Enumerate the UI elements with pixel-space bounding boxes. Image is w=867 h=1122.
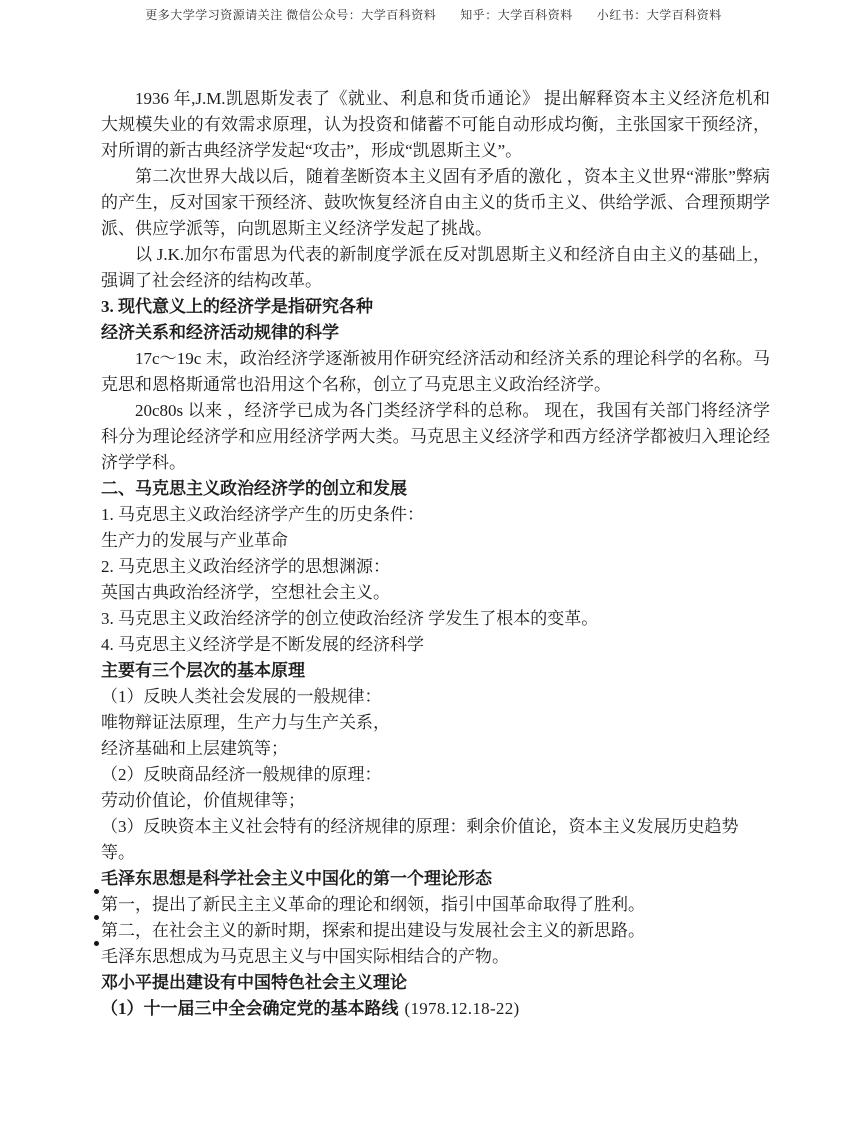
principle-item-1: （1）反映人类社会发展的一般规律： bbox=[101, 684, 770, 710]
paragraph-postwar-schools: 第二次世界大战以后，随着垄断资本主义固有矛盾的激化 ，资本主义世界“滞胀”弊病的… bbox=[101, 164, 770, 242]
heading-marxist-political-economy: 二、马克思主义政治经济学的创立和发展 bbox=[101, 476, 770, 502]
bullet-text-first: 第一，提出了新民主主义革命的理论和纲领，指引中国革命取得了胜利。 bbox=[101, 895, 645, 914]
heading-deng-theory: 邓小平提出建设有中国特色社会主义理论 bbox=[101, 970, 770, 996]
bullet-text-second: 第二，在社会主义的新时期，探索和提出建设与发展社会主义的新思路。 bbox=[101, 921, 645, 940]
promo-header-xiaohongshu: 小红书：大学百科资料 bbox=[597, 6, 722, 23]
basic-line-date: (1978.12.18-22) bbox=[405, 999, 520, 1018]
list-item-fundamental-change: 3. 马克思主义政治经济学的创立使政治经济 学发生了根本的变革。 bbox=[101, 606, 770, 632]
heading-mao-thought: 毛泽东思想是科学社会主义中国化的第一个理论形态 bbox=[101, 866, 770, 892]
sub-line-productivity: 生产力的发展与产业革命 bbox=[101, 528, 770, 554]
promo-header-zhihu: 知乎：大学百科资料 bbox=[460, 6, 573, 23]
paragraph-galbraith: 以 J.K.加尔布雷思为代表的新制度学派在反对凯恩斯主义和经济自由主义的基础上，… bbox=[101, 242, 770, 294]
list-item-basic-line: （1）十一届三中全会确定党的基本路线(1978.12.18-22) bbox=[101, 996, 770, 1022]
document-page: 更多大学学习资源请关注 微信公众号：大学百科资料 知乎：大学百科资料 小红书：大… bbox=[0, 0, 867, 1122]
bullet-dot bbox=[94, 941, 99, 946]
paragraph-17c-19c: 17c～19c 末，政治经济学逐渐被用作研究经济活动和经济关系的理论科学的名称。… bbox=[101, 346, 770, 398]
bullet-dot bbox=[94, 915, 99, 920]
list-item-developing-science: 4. 马克思主义经济学是不断发展的经济科学 bbox=[101, 632, 770, 658]
heading-modern-economics-line2: 经济关系和经济活动规律的科学 bbox=[101, 320, 770, 346]
principle-item-3: （3）反映资本主义社会特有的经济规律的原理：剩余价值论，资本主义发展历史趋势等。 bbox=[101, 814, 770, 866]
bullet-item-second: 第二，在社会主义的新时期，探索和提出建设与发展社会主义的新思路。 bbox=[101, 918, 770, 944]
heading-three-levels-principles: 主要有三个层次的基本原理 bbox=[101, 658, 770, 684]
list-item-ideological-origins: 2. 马克思主义政治经济学的思想渊源： bbox=[101, 554, 770, 580]
bullet-dot bbox=[94, 889, 99, 894]
principle-1-detail-line2: 经济基础和上层建筑等； bbox=[101, 736, 770, 762]
bullet-item-first: 第一，提出了新民主主义革命的理论和纲领，指引中国革命取得了胜利。 bbox=[101, 892, 770, 918]
sub-line-classical-economics: 英国古典政治经济学，空想社会主义。 bbox=[101, 580, 770, 606]
principle-1-detail-line1: 唯物辩证法原理，生产力与生产关系， bbox=[101, 710, 770, 736]
bullet-item-product: 毛泽东思想成为马克思主义与中国实际相结合的产物。 bbox=[101, 944, 770, 970]
principle-2-detail: 劳动价值论，价值规律等； bbox=[101, 788, 770, 814]
paragraph-20c80s: 20c80s 以来 ，经济学已成为各门类经济学科的总称。 现在，我国有关部门将经… bbox=[101, 398, 770, 476]
principle-item-2: （2）反映商品经济一般规律的原理： bbox=[101, 762, 770, 788]
list-item-historical-conditions: 1. 马克思主义政治经济学产生的历史条件： bbox=[101, 502, 770, 528]
document-body: 1936 年,J.M.凯恩斯发表了《就业、利息和货币通论》 提出解释资本主义经济… bbox=[101, 86, 770, 1022]
promo-header: 更多大学学习资源请关注 微信公众号：大学百科资料 知乎：大学百科资料 小红书：大… bbox=[0, 6, 867, 23]
paragraph-keynes: 1936 年,J.M.凯恩斯发表了《就业、利息和货币通论》 提出解释资本主义经济… bbox=[101, 86, 770, 164]
basic-line-title: （1）十一届三中全会确定党的基本路线 bbox=[101, 999, 399, 1018]
heading-modern-economics-line1: 3. 现代意义上的经济学是指研究各种 bbox=[101, 294, 770, 320]
promo-header-wechat: 更多大学学习资源请关注 微信公众号：大学百科资料 bbox=[145, 6, 436, 23]
bullet-text-product: 毛泽东思想成为马克思主义与中国实际相结合的产物。 bbox=[101, 947, 509, 966]
